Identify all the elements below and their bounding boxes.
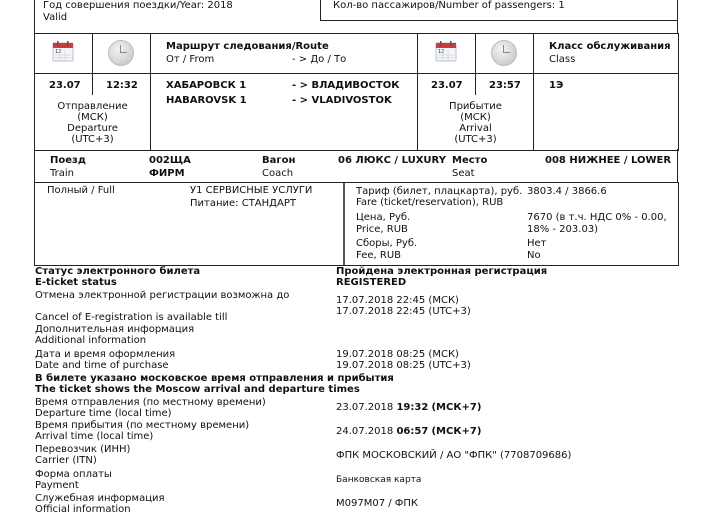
carrier-value: ФПК МОСКОВСКИЙ / АО "ФПК" (7708709686): [336, 450, 571, 461]
price-label-ru: Цена, Руб.: [356, 212, 410, 223]
local-departure-label-en: Departure time (local time): [35, 408, 172, 419]
class-sub: Class: [549, 54, 575, 65]
status-label-ru: Статус электронного билета: [35, 266, 200, 277]
local-departure-time: 19:32: [396, 402, 428, 413]
seat-sub: Seat: [452, 168, 475, 179]
class-title: Класс обслуживания: [549, 41, 671, 52]
additional-en: Additional information: [35, 335, 146, 346]
train-type: ФИРМ: [149, 168, 185, 179]
to-station-en: - > VLADIVOSTOK: [292, 95, 392, 106]
moscow-note-en: The ticket shows the Moscow arrival and …: [35, 384, 360, 395]
official-value: М097М07 / ФПК: [336, 498, 418, 509]
fee-label-en: Fee, RUB: [356, 250, 401, 261]
departure-date: 23.07: [49, 80, 81, 91]
calendar-icon: 12: [52, 40, 74, 62]
divider: [475, 73, 476, 95]
tariff-label-en: Fare (ticket/reservation), RUB: [356, 197, 503, 208]
purchase-value-1: 19.07.2018 08:25 (МСК): [336, 349, 459, 360]
services-line-2: Питание: СТАНДАРТ: [190, 198, 296, 209]
svg-text:12: 12: [55, 49, 61, 55]
price-value-1: 7670 (в т.ч. НДС 0% - 0.00,: [527, 212, 667, 223]
divider: [92, 73, 93, 95]
purchase-label-ru: Дата и время оформления: [35, 349, 175, 360]
border: [677, 149, 678, 182]
local-departure-zone: (МСК+7): [431, 402, 481, 413]
divider: [92, 33, 93, 74]
to-label: - > До / То: [292, 54, 346, 65]
from-station-ru: ХАБАРОВСК 1: [166, 80, 246, 91]
services-line-1: У1 СЕРВИСНЫЕ УСЛУГИ: [190, 185, 312, 196]
fee-label-ru: Сборы, Руб.: [356, 238, 417, 249]
divider: [34, 73, 678, 74]
local-departure-date: 23.07.2018: [336, 402, 393, 413]
official-label-en: Official information: [35, 504, 131, 515]
tariff-value: 3803.4 / 3866.6: [527, 186, 607, 197]
arrival-time: 23:57: [489, 80, 521, 91]
arrival-caption-2: (МСК): [418, 112, 533, 123]
seat-label: Место: [452, 155, 487, 166]
coach-label: Вагон: [262, 155, 295, 166]
payment-value: Банковская карта: [336, 475, 421, 486]
seat-value: 008 НИЖНЕЕ / LOWER: [545, 155, 671, 166]
train-sub: Train: [50, 168, 74, 179]
status-value-ru: Пройдена электронная регистрация: [336, 266, 547, 277]
divider: [475, 33, 476, 74]
local-arrival-zone: (МСК+7): [431, 426, 481, 437]
departure-caption-4: (UTC+3): [35, 134, 150, 145]
purchase-label-en: Date and time of purchase: [35, 360, 169, 371]
carrier-label-ru: Перевозчик (ИНН): [35, 444, 130, 455]
price-value-2: 18% - 203.03): [527, 224, 598, 235]
departure-caption-1: Отправление: [35, 101, 150, 112]
to-station-ru: - > ВЛАДИВОСТОК: [292, 80, 399, 91]
train-number: 002ЩА: [149, 155, 191, 166]
payment-label-ru: Форма оплаты: [35, 469, 112, 480]
year-label: Год совершения поездки/Year: 2018: [43, 0, 233, 11]
train-label: Поезд: [50, 155, 86, 166]
departure-caption-3: Departure: [35, 123, 150, 134]
arrival-caption-4: (UTC+3): [418, 134, 533, 145]
status-value-en: REGISTERED: [336, 277, 406, 288]
valid-label: Valid: [43, 12, 67, 23]
additional-ru: Дополнительная информация: [35, 324, 194, 335]
cancel-value-1: 17.07.2018 22:45 (МСК): [336, 295, 459, 306]
from-station-en: HABAROVSK 1: [166, 95, 247, 106]
local-departure-value: 23.07.2018 19:32 (МСК+7): [336, 402, 481, 413]
official-label-ru: Служебная информация: [35, 493, 165, 504]
route-title: Маршрут следования/Route: [166, 41, 329, 52]
coach-value: 06 ЛЮКС / LUXURY: [338, 155, 446, 166]
status-label-en: E-ticket status: [35, 277, 117, 288]
calendar-icon: 12: [435, 40, 457, 62]
payment-label-en: Payment: [35, 480, 79, 491]
local-arrival-date: 24.07.2018: [336, 426, 393, 437]
class-value: 1Э: [549, 80, 563, 91]
departure-caption-2: (МСК): [35, 112, 150, 123]
local-departure-label-ru: Время отправления (по местному времени): [35, 397, 266, 408]
coach-sub: Coach: [262, 168, 293, 179]
carrier-label-en: Carrier (ITN): [35, 455, 97, 466]
border: [34, 0, 35, 34]
local-arrival-value: 24.07.2018 06:57 (МСК+7): [336, 426, 481, 437]
divider: [150, 33, 151, 150]
svg-text:12: 12: [438, 49, 444, 55]
cancel-label-ru: Отмена электронной регистрации возможна …: [35, 290, 289, 301]
price-label-en: Price, RUB: [356, 224, 408, 235]
arrival-date: 23.07: [431, 80, 463, 91]
divider: [533, 33, 534, 150]
from-label: От / From: [166, 54, 214, 65]
clock-icon: [491, 40, 517, 66]
local-arrival-time: 06:57: [396, 426, 428, 437]
arrival-caption-3: Arrival: [418, 123, 533, 134]
cancel-label-en: Cancel of E-registration is available ti…: [35, 312, 227, 323]
divider: [343, 183, 345, 265]
fee-value-ru: Нет: [527, 238, 547, 249]
fee-value-en: No: [527, 250, 541, 261]
tariff-type: Полный / Full: [47, 185, 115, 196]
cancel-value-2: 17.07.2018 22:45 (UTC+3): [336, 306, 471, 317]
passengers-label: Кол-во пассажиров/Number of passengers: …: [333, 0, 565, 11]
tariff-label-ru: Тариф (билет, плацкарта), руб.: [356, 186, 522, 197]
purchase-value-2: 19.07.2018 08:25 (UTC+3): [336, 360, 471, 371]
moscow-note-ru: В билете указано московское время отправ…: [35, 373, 394, 384]
border: [34, 149, 35, 182]
local-arrival-label-ru: Время прибытия (по местному времени): [35, 420, 249, 431]
local-arrival-label-en: Arrival time (local time): [35, 431, 153, 442]
clock-icon: [108, 40, 134, 66]
departure-time: 12:32: [106, 80, 138, 91]
arrival-caption-1: Прибытие: [418, 101, 533, 112]
